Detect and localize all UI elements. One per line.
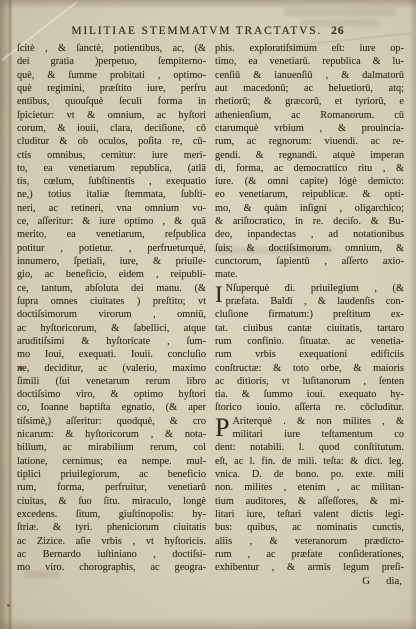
text-line: eo venetiarum, reipublicæ. & opti- xyxy=(215,188,404,201)
text-line: tiplici priuilegiorum, ac beneficio xyxy=(17,468,206,481)
page-number: 26 xyxy=(331,25,345,37)
text-line: potitur , potietur. , perfrueturquè, xyxy=(17,242,206,255)
text-line: athenienſium, ac Romanorum. cū xyxy=(215,109,404,122)
text-line: dei gratia )perpetuo, ſempiterno- xyxy=(17,55,206,68)
text-line: aruditiſsimi & hyſtoricate , ſum- xyxy=(17,335,206,348)
dropcap-letter-I: I xyxy=(215,283,223,308)
text-line: merito, ea venetiarum, reſpublica xyxy=(17,228,206,241)
signature-row: G dia, xyxy=(215,575,404,588)
text-line: ac Bernardo iuſtiniano , doctiſsi- xyxy=(17,548,206,561)
text-line: dent: notabili. l. quod conſtitutum. xyxy=(215,441,404,454)
text-line: doctiſsimorum virorum , omniū, xyxy=(17,308,206,321)
text-line: Ariterquè . & non milites , & xyxy=(232,415,404,428)
text-line: latione, cernimus; ea nempe. mul- xyxy=(17,455,206,468)
text-line: ne,) totius italiæ ſtemmata, ſubſti- xyxy=(17,188,206,201)
text-line: co, Ioanne baptiſta egnatio, (& aper xyxy=(17,401,206,414)
text-line: iure. (& omni capite) lógè demicto: xyxy=(215,175,404,188)
text-line: conſtructæ: & toto orbe, & maioris xyxy=(215,362,404,375)
text-line: ac Zizice. aſie vrbis , vt hyſtoricis. xyxy=(17,535,206,548)
text-line: excedens. ſitum, giuſtinopolis: hy- xyxy=(17,508,206,521)
paragraph-insuperque: I Nſuperquè di. priuilegium , (&præfata.… xyxy=(215,282,404,415)
text-line: tiſsimè,) aſſeritur: quodquè, & cro xyxy=(17,415,206,428)
text-line: vnica. D. de bono. po. exte. mili xyxy=(215,468,404,481)
text-line: gendi. & regnandi. atquè imperan xyxy=(215,149,404,162)
text-line: ce, aſſeritur: & iure optimo , & quā xyxy=(17,215,206,228)
text-line: nicarum: & hyſtoricorum , & nota- xyxy=(17,428,206,441)
text-line: ac hyſtoricorum, & ſabellici, atque xyxy=(17,322,206,335)
text-line: ſupra omnes ciuitates ) preſtito; vt xyxy=(17,295,206,308)
header-title: MILITIAE STEMMATVM TRACTATVS. xyxy=(71,25,322,37)
text-line: cenſiū & ianuenſiū , & dalmatorū xyxy=(215,69,404,82)
catchword: dia, xyxy=(386,575,402,588)
text-line: tis, cœlum, ſubſtinentis , exequatio xyxy=(17,175,206,188)
running-header: MILITIAE STEMMATVM TRACTATVS.26 xyxy=(0,25,416,37)
text-line: ce, tantum, abſoluta dei manu. (& xyxy=(17,282,206,295)
ink-speck xyxy=(7,604,10,607)
text-line: tium auditores, & aſſeſſores, & mi- xyxy=(215,495,404,508)
text-line: aliis , & veteranorum prædicto- xyxy=(215,535,404,548)
text-line: ciuitas, & ſuo ſitu. miraculo, longè xyxy=(17,495,206,508)
text-line: bilium, ac mirabilium rerum, col xyxy=(17,441,206,454)
text-line: rum vrbis exequationi edificiis xyxy=(215,348,404,361)
scanned-book-page: MILITIAE STEMMATVM TRACTATVS.26 ſcitè , … xyxy=(0,0,416,629)
paragraph-insuperque-lines: Nſuperquè di. priuilegium , (&præfata. B… xyxy=(215,282,404,415)
text-line: ſtorico iouio. aſſerta re. cōcluditur. xyxy=(215,401,404,414)
text-line: què, & ſumme probitati , optimo- xyxy=(17,69,206,82)
text-line: ne, deciditur, ac (valerio, maximo xyxy=(17,362,206,375)
text-line: ſuis; & doctiſsimorum. omnium, & xyxy=(215,242,404,255)
text-line: eſt, ac l. fin. de mili. teſta: & dict. … xyxy=(215,455,404,468)
text-line: to, ea venetiarum republica, (atlā xyxy=(17,162,206,175)
text-line: mo viro. chorographis, ac geogra- xyxy=(17,561,206,574)
paragraph-republics: phis. exploratiſsimum eſt: iure op-timo,… xyxy=(215,42,404,282)
text-line: rum, ac regnorum: viuendi. ac re- xyxy=(215,135,404,148)
text-line: rum, forma, perfruitur, venetiarū xyxy=(17,481,206,494)
text-line: militari iure teſtamentum co xyxy=(232,428,404,441)
text-line: di, forma, ac democrattico ritu , & xyxy=(215,162,404,175)
text-line: mate. xyxy=(215,268,404,281)
text-line: aut macedonū; ac heluetiorū, atq; xyxy=(215,82,404,95)
text-line: exhibentur , & armis legum preſi- xyxy=(215,561,404,574)
text-line: deo, inpandectas , ad notationibus xyxy=(215,228,404,241)
dropcap-letter-P: P xyxy=(215,415,229,440)
text-line: ſtriæ. & tyri. pheniciorum ciuitatis xyxy=(17,521,206,534)
text-line: entibus, quouſquè ſeculi forma in xyxy=(17,95,206,108)
text-line: corum, & iouii, clara, deciſione, cō xyxy=(17,122,206,135)
text-line: què regimini, præſtito iure, perfru xyxy=(17,82,206,95)
text-line: ſimili (ſui venetarum rerum libro xyxy=(17,375,206,388)
text-line: gio, ac beneficio, eidem , reipubli- xyxy=(17,268,206,281)
text-line: cluſione firmatum:) preſtitum ex- xyxy=(215,308,404,321)
text-line: bus: quibus, ac nominatis cunctis, xyxy=(215,521,404,534)
text-columns: ſcitè , & ſanctè, potientibus, ac, (&dei… xyxy=(17,42,404,588)
text-line: tat. ciuibus cantæ ciuitatis, tartaro xyxy=(215,322,404,335)
text-line: mo Ioui, exequati. Iouii. concluſio xyxy=(17,348,206,361)
text-line: cluditur & ob oculos, poſita re, cū- xyxy=(17,135,206,148)
text-line: ſcitè , & ſanctè, potientibus, ac, (& xyxy=(17,42,206,55)
right-column: phis. exploratiſsimum eſt: iure op-timo,… xyxy=(215,42,404,588)
text-line: præfata. Baldi , & laudenſis con- xyxy=(226,295,404,308)
text-line: rum , ac præfate conſiderationes, xyxy=(215,548,404,561)
text-line: doctiſsimo viro, & optimo hyſtori xyxy=(17,388,206,401)
text-line: neri, ac retineri, vna omnium vo- xyxy=(17,202,206,215)
paragraph-pariterque: P Ariterquè . & non milites , &militari … xyxy=(215,415,404,575)
text-line: non. milites , etenim , ac militan- xyxy=(215,481,404,494)
text-line: mo, & quàm inſigni , oligarchico; xyxy=(215,202,404,215)
text-line: Nſuperquè di. priuilegium , (& xyxy=(226,282,404,295)
bleedthrough-smudge xyxy=(284,8,396,16)
text-line: rum confinio. ſituatæ. ac venetia- xyxy=(215,335,404,348)
text-line: ſpicietur: vt & omnium, ac hyſtori xyxy=(17,109,206,122)
paragraph-pariterque-lines: Ariterquè . & non milites , &militari iu… xyxy=(215,415,404,575)
signature-mark: G xyxy=(362,575,370,588)
text-line: rhetiorū; & græcorū, et tyriorū, e xyxy=(215,95,404,108)
text-line: tia. & ſummo ioui. exequato hy- xyxy=(215,388,404,401)
text-line: & ariſtocratico, in re. deciſo. & Bu- xyxy=(215,215,404,228)
text-line: phis. exploratiſsimum eſt: iure op- xyxy=(215,42,404,55)
text-line: cunctorum, ſapientū , aſſerto axio- xyxy=(215,255,404,268)
text-line: ctis omnibus, cernitur: iure meri- xyxy=(17,149,206,162)
text-line: litari iure, teſtari valent dictis legi- xyxy=(215,508,404,521)
text-line: innumero, ſpetiali, iure, & priuile- xyxy=(17,255,206,268)
left-column: ſcitè , & ſanctè, potientibus, ac, (&dei… xyxy=(17,42,206,588)
text-line: timo, ea venetiarū. republica & lu- xyxy=(215,55,404,68)
text-line: ac ditioris, vt luſitanorum , ſenten xyxy=(215,375,404,388)
text-line: ctarumquè vrbium , & prouincia- xyxy=(215,122,404,135)
